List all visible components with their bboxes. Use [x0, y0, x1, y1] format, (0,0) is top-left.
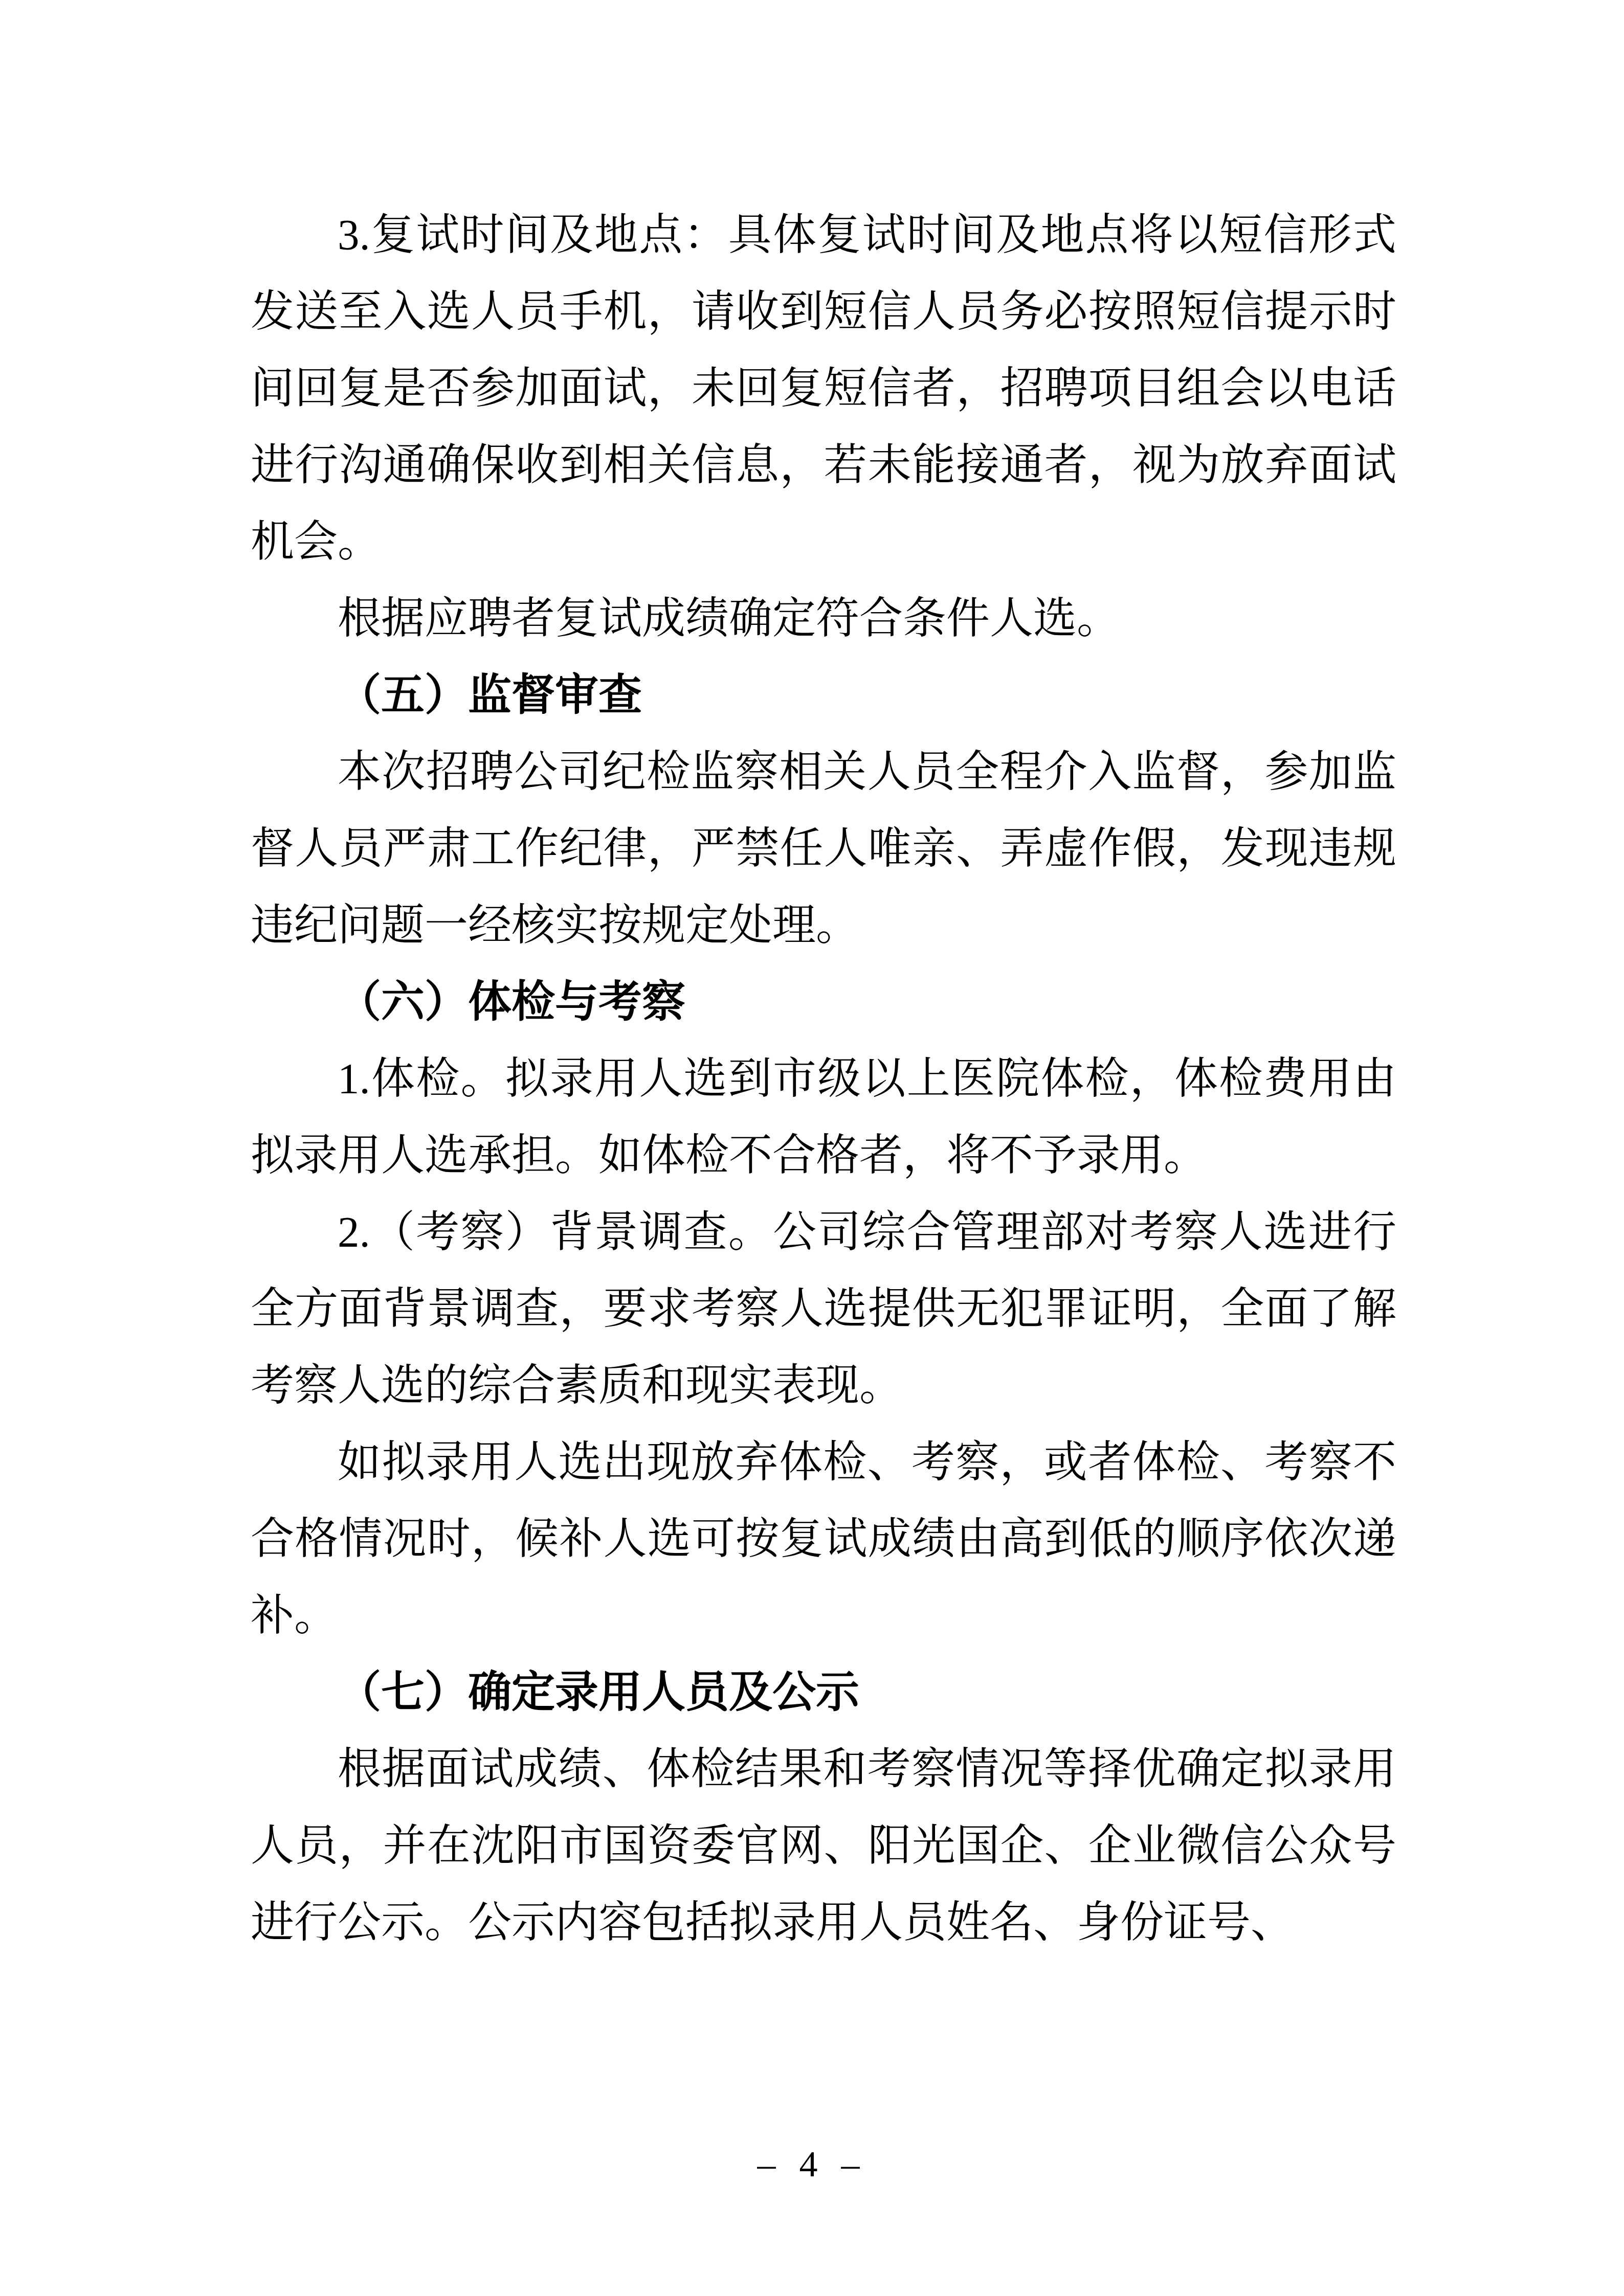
paragraph-publicity-detail: 根据面试成绩、体检结果和考察情况等择优确定拟录用人员，并在沈阳市国资委官网、阳光… [251, 1731, 1396, 1961]
document-page: 3.复试时间及地点：具体复试时间及地点将以短信形式发送至入选人员手机，请收到短信… [0, 0, 1624, 2296]
paragraph-background-check: 2.（考察）背景调查。公司综合管理部对考察人选进行全方面背景调查，要求考察人选提… [251, 1194, 1396, 1424]
paragraph-physical-exam: 1.体检。拟录用人选到市级以上医院体检，体检费用由拟录用人选承担。如体检不合格者… [251, 1041, 1396, 1194]
section-heading-5-supervision: （五）监督审查 [251, 657, 1396, 734]
page-footer: – 4 – [0, 2144, 1624, 2185]
page-number: – 4 – [758, 2144, 867, 2185]
paragraph-supervision-detail: 本次招聘公司纪检监察相关人员全程介入监督，参加监督人员严肃工作纪律，严禁任人唯亲… [251, 734, 1396, 964]
section-heading-7-publicity: （七）确定录用人员及公示 [251, 1654, 1396, 1731]
paragraph-replacement-rule: 如拟录用人选出现放弃体检、考察，或者体检、考察不合格情况时，候补人选可按复试成绩… [251, 1424, 1396, 1654]
paragraph-interview-notice: 3.复试时间及地点：具体复试时间及地点将以短信形式发送至入选人员手机，请收到短信… [251, 197, 1396, 580]
paragraph-candidate-selection: 根据应聘者复试成绩确定符合条件人选。 [251, 580, 1396, 657]
section-heading-6-physical-exam: （六）体检与考察 [251, 964, 1396, 1041]
document-body: 3.复试时间及地点：具体复试时间及地点将以短信形式发送至入选人员手机，请收到短信… [251, 197, 1396, 1961]
